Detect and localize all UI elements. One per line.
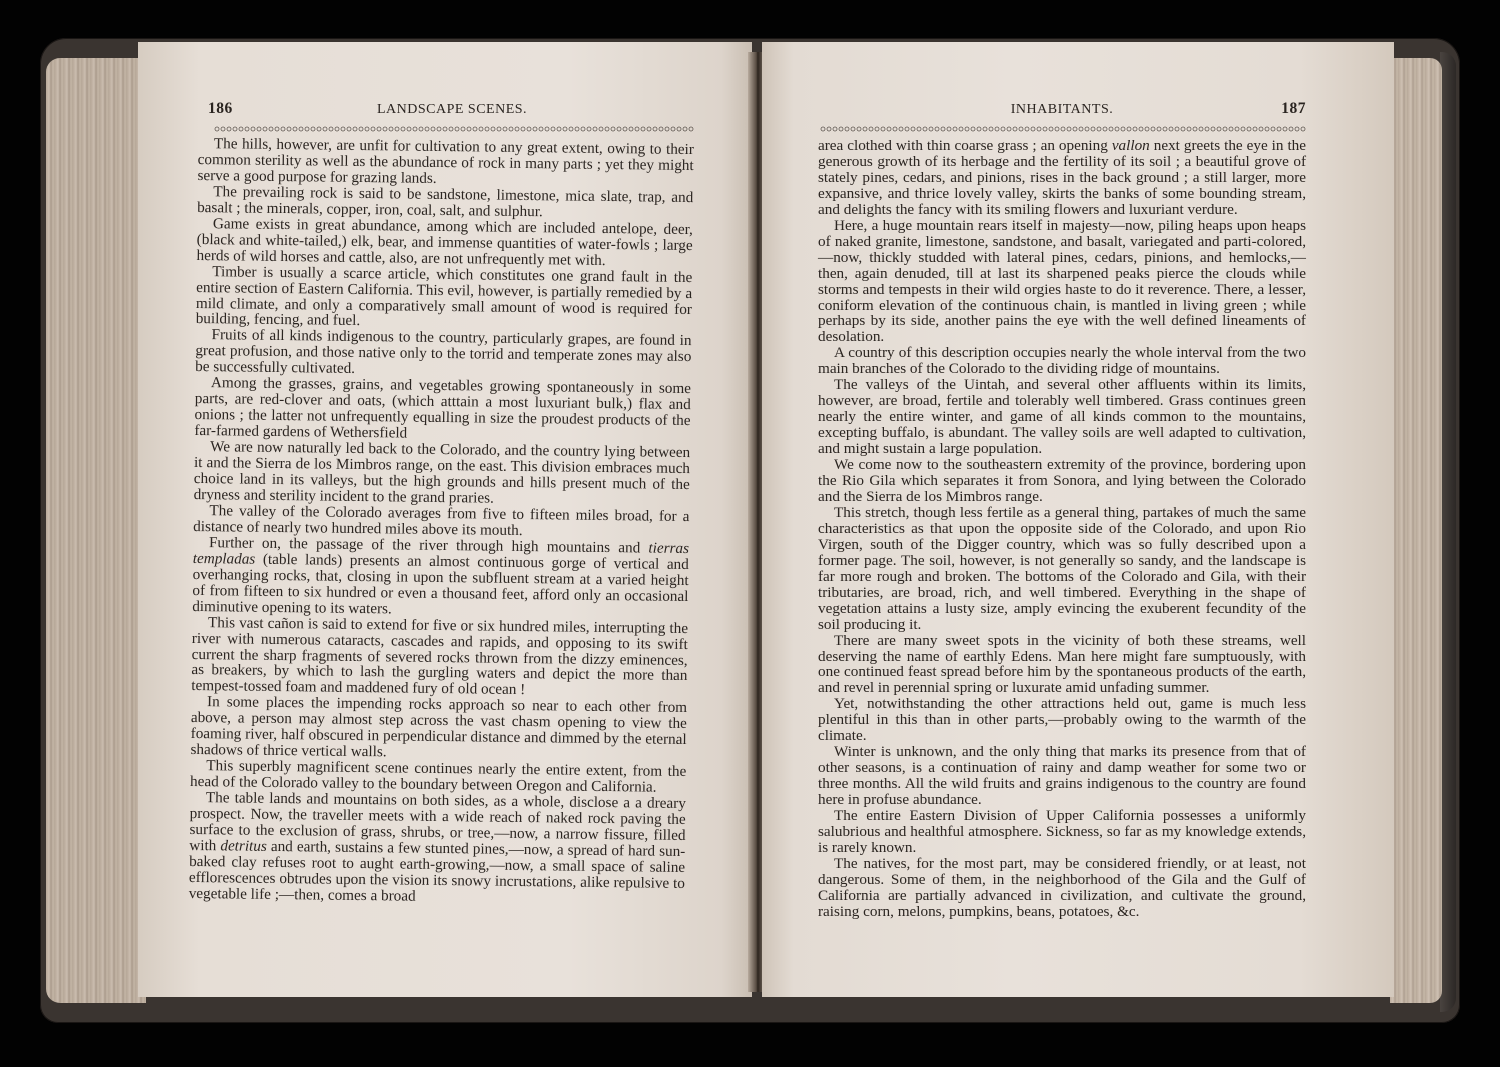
paragraph: Winter is unknown, and the only thing th… <box>818 744 1306 808</box>
left-running-head: 186 LANDSCAPE SCENES. <box>208 100 696 124</box>
paragraph: The entire Eastern Division of Upper Cal… <box>818 808 1306 856</box>
italic-term: detritus <box>220 837 267 855</box>
italic-term: vallon <box>1112 137 1150 154</box>
paragraph: Yet, notwithstanding the other attractio… <box>818 696 1306 744</box>
paragraph: The table lands and mountains on both si… <box>189 790 686 908</box>
paragraph: Fruits of all kinds indigenous to the co… <box>195 327 692 381</box>
paragraph: The natives, for the most part, may be c… <box>818 856 1306 920</box>
right-running-head: INHABITANTS. 187 <box>818 100 1306 124</box>
page-block-left-edges <box>46 58 146 1003</box>
paragraph: Among the grasses, grains, and vegetable… <box>194 375 691 445</box>
paragraph: Here, a huge mountain rears itself in ma… <box>818 218 1306 346</box>
paragraph: We are now naturally led back to the Col… <box>194 439 691 509</box>
right-page: INHABITANTS. 187 area clothed with thin … <box>762 42 1394 997</box>
paragraph: The valleys of the Uintah, and several o… <box>818 377 1306 457</box>
running-head-title: INHABITANTS. <box>818 102 1306 118</box>
right-page-body: area clothed with thin coarse grass ; an… <box>818 138 1306 920</box>
running-head-title: LANDSCAPE SCENES. <box>208 102 696 118</box>
paragraph: Timber is usually a scarce article, whic… <box>196 264 693 334</box>
paragraph: Game exists in great abundance, among wh… <box>196 216 693 270</box>
paragraph-continued: area clothed with thin coarse grass ; an… <box>818 138 1306 218</box>
left-page: 186 LANDSCAPE SCENES. The hills, however… <box>138 42 752 997</box>
paragraph: We come now to the southeastern extremit… <box>818 457 1306 505</box>
wavy-rule-divider <box>214 126 694 132</box>
paragraph: The hills, however, are unfit for cultiv… <box>197 136 694 190</box>
left-page-body: The hills, however, are unfit for cultiv… <box>189 136 694 908</box>
paragraph-text: (table lands) presents an almost continu… <box>192 551 689 618</box>
paragraph: Further on, the passage of the river thr… <box>192 535 689 621</box>
book-cover-edge <box>1440 52 1456 1012</box>
paragraph: There are many sweet spots in the vicini… <box>818 633 1306 697</box>
paragraph: A country of this description occupies n… <box>818 345 1306 377</box>
paragraph: In some places the impending rocks appro… <box>190 694 687 764</box>
wavy-rule-divider <box>820 126 1306 132</box>
page-block-right-edges <box>1390 58 1442 1003</box>
paragraph: This vast cañon is said to extend for fi… <box>191 615 688 701</box>
paragraph-text: area clothed with thin coarse grass ; an… <box>818 137 1112 154</box>
page-number: 187 <box>1281 100 1306 118</box>
paragraph: This stretch, though less fertile as a g… <box>818 505 1306 633</box>
